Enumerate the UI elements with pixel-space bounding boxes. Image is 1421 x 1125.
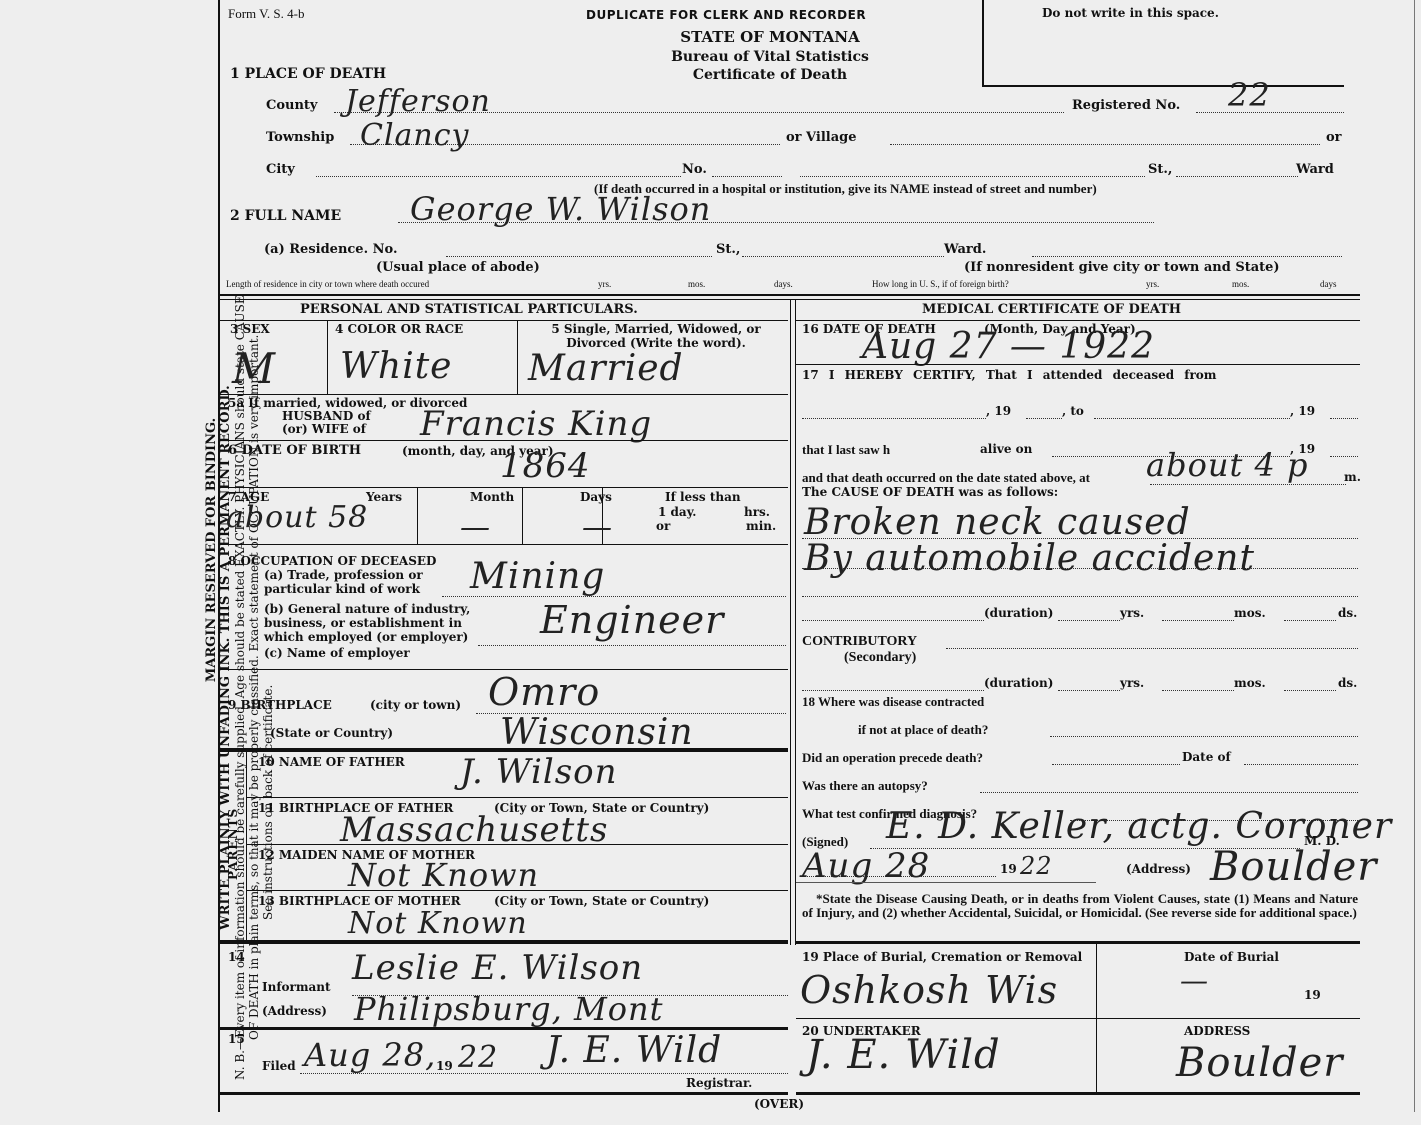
township-field[interactable]: Clancy (360, 118, 470, 153)
medical-section-title: MEDICAL CERTIFICATE OF DEATH (922, 302, 1181, 317)
personal-section-title: PERSONAL AND STATISTICAL PARTICULARS. (300, 302, 638, 317)
occupation-industry-field[interactable]: Engineer (540, 598, 724, 642)
operation-label: Did an operation precede death? (802, 750, 983, 766)
age-years-label: Years (366, 490, 402, 504)
undertaker-address-field[interactable]: Boulder (1176, 1040, 1343, 1086)
burial-year-label: 19 (1304, 988, 1321, 1002)
place-of-death-label: 1 PLACE OF DEATH (230, 66, 386, 82)
residence-mos-label: mos. (688, 279, 705, 289)
marital-label: 5 Single, Married, Widowed, or Divorced … (526, 322, 786, 350)
margin-binding-note: MARGIN RESERVED FOR BINDING. (205, 0, 219, 1100)
age-month-label: Month (470, 490, 514, 504)
dob-field[interactable]: 1864 (500, 446, 591, 486)
duration2-yrs: yrs. (1120, 676, 1144, 690)
residence-st-label: St., (716, 242, 740, 257)
secondary-label: (Secondary) (844, 650, 916, 666)
signed-year-field[interactable]: 22 (1020, 852, 1053, 880)
birthplace-sub-label: (city or town) (370, 698, 461, 712)
reserved-box-bottom (982, 85, 1344, 87)
nonresident-note: (If nonresident give city or town and St… (964, 260, 1280, 275)
full-name-label: 2 FULL NAME (230, 208, 341, 224)
section-divider (220, 294, 1360, 296)
age-one-day-label: 1 day. (658, 505, 696, 519)
foreign-days-label: days (1320, 279, 1337, 289)
birthplace-label: 9 BIRTHPLACE (228, 698, 332, 712)
cause-line1-field[interactable]: Broken neck caused (804, 502, 1191, 543)
city-no-label: No. (682, 162, 707, 177)
father-name-label: 10 NAME OF FATHER (258, 755, 405, 769)
informant-label: Informant (262, 980, 331, 994)
age-days-label: Days (580, 490, 612, 504)
village-label: or Village (786, 130, 857, 145)
mother-name-field[interactable]: Not Known (348, 856, 539, 894)
birthplace-state-label: (State or Country) (270, 726, 393, 740)
reserved-space-note: Do not write in this space. (1042, 6, 1219, 20)
race-field[interactable]: White (340, 346, 452, 387)
residence-days-label: days. (774, 279, 793, 289)
age-min-label: min. (746, 519, 776, 533)
length-residence-label: Length of residence in city or town wher… (226, 279, 429, 289)
certify-label: 17 I HEREBY CERTIFY, That I attended dec… (802, 368, 1217, 382)
state-title: STATE OF MONTANA (620, 28, 920, 46)
mother-birthplace-field[interactable]: Not Known (348, 906, 528, 941)
registered-no-field[interactable]: 22 (1228, 76, 1271, 114)
margin-nb-line2: OF DEATH in plain terms, so that it may … (247, 0, 261, 1100)
form-number: Form V. S. 4-b (228, 6, 304, 22)
form-left-border (218, 0, 220, 1112)
age-or-label: or (656, 519, 670, 533)
undertaker-address-label: ADDRESS (1184, 1024, 1250, 1038)
informant-address-label: (Address) (262, 1004, 327, 1018)
duration1-ds: ds. (1338, 606, 1357, 620)
attended-to-label: , to (1062, 404, 1084, 418)
foreign-birth-label: How long in U. S., if of foreign birth? (872, 279, 1009, 289)
sex-label: 3 SEX (230, 322, 270, 336)
death-time-label: and that death occurred on the date stat… (802, 470, 1090, 486)
disease-contracted-label: 18 Where was disease contracted (802, 694, 984, 710)
city-label: City (266, 162, 295, 177)
bureau-title: Bureau of Vital Statistics (620, 49, 920, 65)
margin-write-plainly: WRITE PLAINLY WITH UNFADING INK. THIS IS… (219, 0, 233, 1100)
attended-to-year: , 19 (1290, 404, 1315, 418)
informant-address-field[interactable]: Philipsburg, Mont (354, 990, 663, 1028)
autopsy-label: Was there an autopsy? (802, 778, 928, 794)
duration2-mos: mos. (1234, 676, 1266, 690)
registrar-label: Registrar. (686, 1076, 752, 1090)
last-saw-label: that I last saw h (802, 442, 890, 458)
duration2-ds: ds. (1338, 676, 1357, 690)
column-divider (790, 300, 791, 945)
spouse-wife-label: (or) WIFE of (282, 422, 366, 436)
form-right-edge (1414, 0, 1415, 1112)
age-hrs-label: hrs. (744, 505, 770, 519)
duration2-label: (duration) (984, 676, 1053, 690)
city-ward-label: Ward (1296, 162, 1334, 177)
filed-label: Filed (262, 1059, 296, 1073)
margin-nb-line1: N. B.—Every item of information should b… (233, 0, 247, 1100)
residence-ward-label: Ward. (944, 242, 986, 257)
birthplace-city-field[interactable]: Omro (488, 670, 600, 714)
occupation-a-label: (a) Trade, profession or (264, 568, 423, 582)
informant-num: 14 (228, 950, 245, 964)
date-of-death-field[interactable]: Aug 27 — 1922 (862, 326, 1155, 367)
full-name-field[interactable]: George W. Wilson (410, 190, 711, 228)
county-label: County (266, 98, 317, 113)
race-label: 4 COLOR OR RACE (335, 322, 463, 336)
filed-year-field[interactable]: 22 (458, 1040, 498, 1075)
undertaker-field[interactable]: J. E. Wild (806, 1032, 1001, 1078)
occupation-trade-field[interactable]: Mining (470, 556, 605, 597)
duration1-mos: mos. (1234, 606, 1266, 620)
residence-yrs-label: yrs. (598, 279, 611, 289)
spouse-field[interactable]: Francis King (420, 404, 652, 444)
spouse-husband-label: HUSBAND of (282, 409, 371, 423)
burial-place-label: 19 Place of Burial, Cremation or Removal (802, 950, 1082, 964)
residence-label: (a) Residence. No. (264, 242, 398, 257)
birthplace-state-field[interactable]: Wisconsin (500, 712, 694, 753)
occupation-b-label: (b) General nature of industry, (264, 602, 470, 616)
township-label: Township (266, 130, 334, 145)
physician-address-label: (Address) (1126, 862, 1191, 876)
signed-year-prefix: 19 (1000, 862, 1017, 876)
occupation-employer-label: (c) Name of employer (264, 646, 410, 660)
age-month-field[interactable]: — (460, 510, 491, 545)
margin-instructions: MARGIN RESERVED FOR BINDING. WRITE PLAIN… (205, 0, 275, 1100)
burial-date-field[interactable]: — (1180, 964, 1209, 997)
usual-abode-note: (Usual place of abode) (376, 260, 540, 275)
contributory-label: CONTRIBUTORY (802, 634, 917, 650)
burial-place-field[interactable]: Oshkosh Wis (800, 968, 1058, 1012)
death-time-field[interactable]: about 4 p (1146, 446, 1308, 484)
filed-date-field[interactable]: Aug 28, (304, 1036, 436, 1074)
certificate-title: Certificate of Death (620, 67, 920, 83)
age-less-label: If less than (665, 490, 741, 504)
duration1-label: (duration) (984, 606, 1053, 620)
disease-place-label: if not at place of death? (858, 722, 988, 738)
burial-date-label: Date of Burial (1184, 950, 1279, 964)
foreign-mos-label: mos. (1232, 279, 1249, 289)
duplicate-header: DUPLICATE FOR CLERK AND RECORDER (586, 8, 866, 22)
county-field[interactable]: Jefferson (345, 84, 491, 119)
cause-footnote: *State the Disease Causing Death, or in … (802, 892, 1358, 920)
dob-label: 6 DATE OF BIRTH (228, 443, 361, 458)
city-st-label: St., (1148, 162, 1172, 177)
sex-field[interactable]: M (232, 344, 276, 393)
foreign-yrs-label: yrs. (1146, 279, 1159, 289)
reserved-box-left (982, 0, 984, 86)
duration1-yrs: yrs. (1120, 606, 1144, 620)
alive-on-label: alive on (980, 442, 1032, 456)
occupation-b-label2: business, or establishment in (264, 616, 462, 630)
occupation-label: 8 OCCUPATION OF DECEASED (228, 554, 436, 568)
informant-field[interactable]: Leslie E. Wilson (352, 948, 643, 988)
filed-num: 15 (228, 1032, 245, 1046)
operation-date-label: Date of (1182, 750, 1231, 764)
attended-from-year: , 19 (986, 404, 1011, 418)
father-name-field[interactable]: J. Wilson (460, 752, 618, 792)
parents-side-label: PARENTS (226, 808, 240, 880)
or-label: or (1326, 130, 1342, 145)
signed-date-field[interactable]: Aug 28 (802, 846, 930, 886)
age-days-field[interactable]: — (582, 510, 613, 545)
over-note: (OVER) (754, 1097, 804, 1111)
registered-no-label: Registered No. (1072, 98, 1180, 113)
cause-line2-field[interactable]: By automobile accident (804, 538, 1255, 579)
occupation-a-label2: particular kind of work (264, 582, 420, 596)
registrar-field[interactable]: J. E. Wild (546, 1030, 722, 1071)
physician-address-field[interactable]: Boulder (1210, 844, 1377, 890)
cause-label: The CAUSE OF DEATH was as follows: (802, 485, 1058, 499)
filed-year-prefix: 19 (436, 1059, 453, 1073)
marital-field[interactable]: Married (528, 348, 684, 389)
death-time-suffix: m. (1344, 470, 1361, 484)
occupation-b-label3: which employed (or employer) (264, 630, 468, 644)
age-years-field[interactable]: about 58 (226, 500, 368, 535)
